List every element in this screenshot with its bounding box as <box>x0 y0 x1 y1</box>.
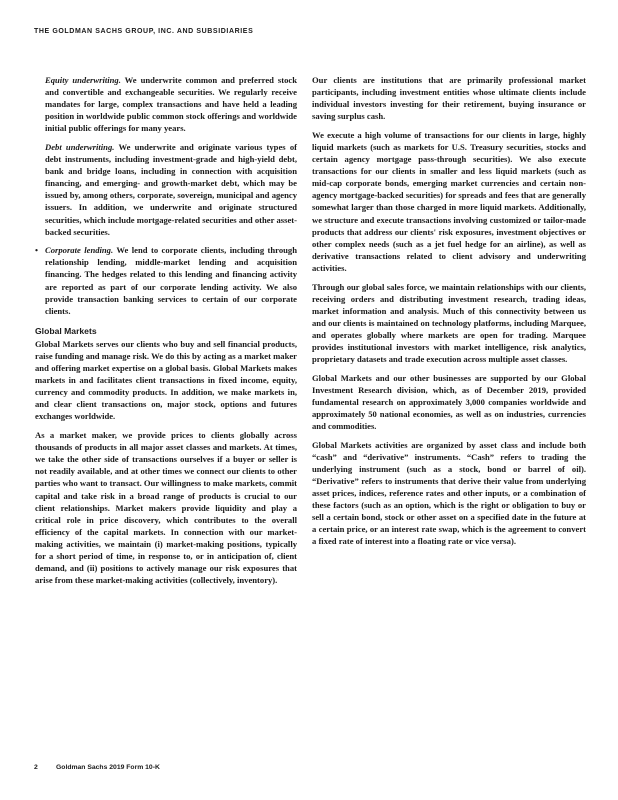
left-column: Equity underwriting. We underwrite commo… <box>35 74 297 593</box>
clients-paragraph: Our clients are institutions that are pr… <box>312 74 586 122</box>
research-paragraph: Global Markets and our other businesses … <box>312 372 586 432</box>
equity-underwriting-lead: Equity underwriting. <box>45 75 121 85</box>
corporate-lending-text: We lend to corporate clients, including … <box>45 245 297 315</box>
asset-class-paragraph: Global Markets activities are organized … <box>312 439 586 548</box>
debt-underwriting-paragraph: Debt underwriting. We underwrite and ori… <box>45 141 297 238</box>
global-markets-heading: Global Markets <box>35 325 297 337</box>
debt-underwriting-text: We underwrite and originate various type… <box>45 142 297 237</box>
sales-force-paragraph: Through our global sales force, we maint… <box>312 281 586 366</box>
right-column: Our clients are institutions that are pr… <box>312 74 586 554</box>
debt-underwriting-lead: Debt underwriting. <box>45 142 114 152</box>
equity-underwriting-paragraph: Equity underwriting. We underwrite commo… <box>45 74 297 134</box>
page-footer: 2Goldman Sachs 2019 Form 10-K <box>34 764 160 771</box>
global-markets-paragraph-2: As a market maker, we provide prices to … <box>35 429 297 586</box>
footer-document-title: Goldman Sachs 2019 Form 10-K <box>56 764 160 771</box>
corporate-lending-lead: Corporate lending. <box>45 245 113 255</box>
running-header: THE GOLDMAN SACHS GROUP, INC. AND SUBSID… <box>34 28 253 35</box>
global-markets-paragraph-1: Global Markets serves our clients who bu… <box>35 338 297 423</box>
bullet-icon: • <box>35 244 38 256</box>
corporate-lending-bullet-item: • Corporate lending. We lend to corporat… <box>35 244 297 317</box>
transactions-paragraph: We execute a high volume of transactions… <box>312 129 586 274</box>
page-number: 2 <box>34 764 56 771</box>
